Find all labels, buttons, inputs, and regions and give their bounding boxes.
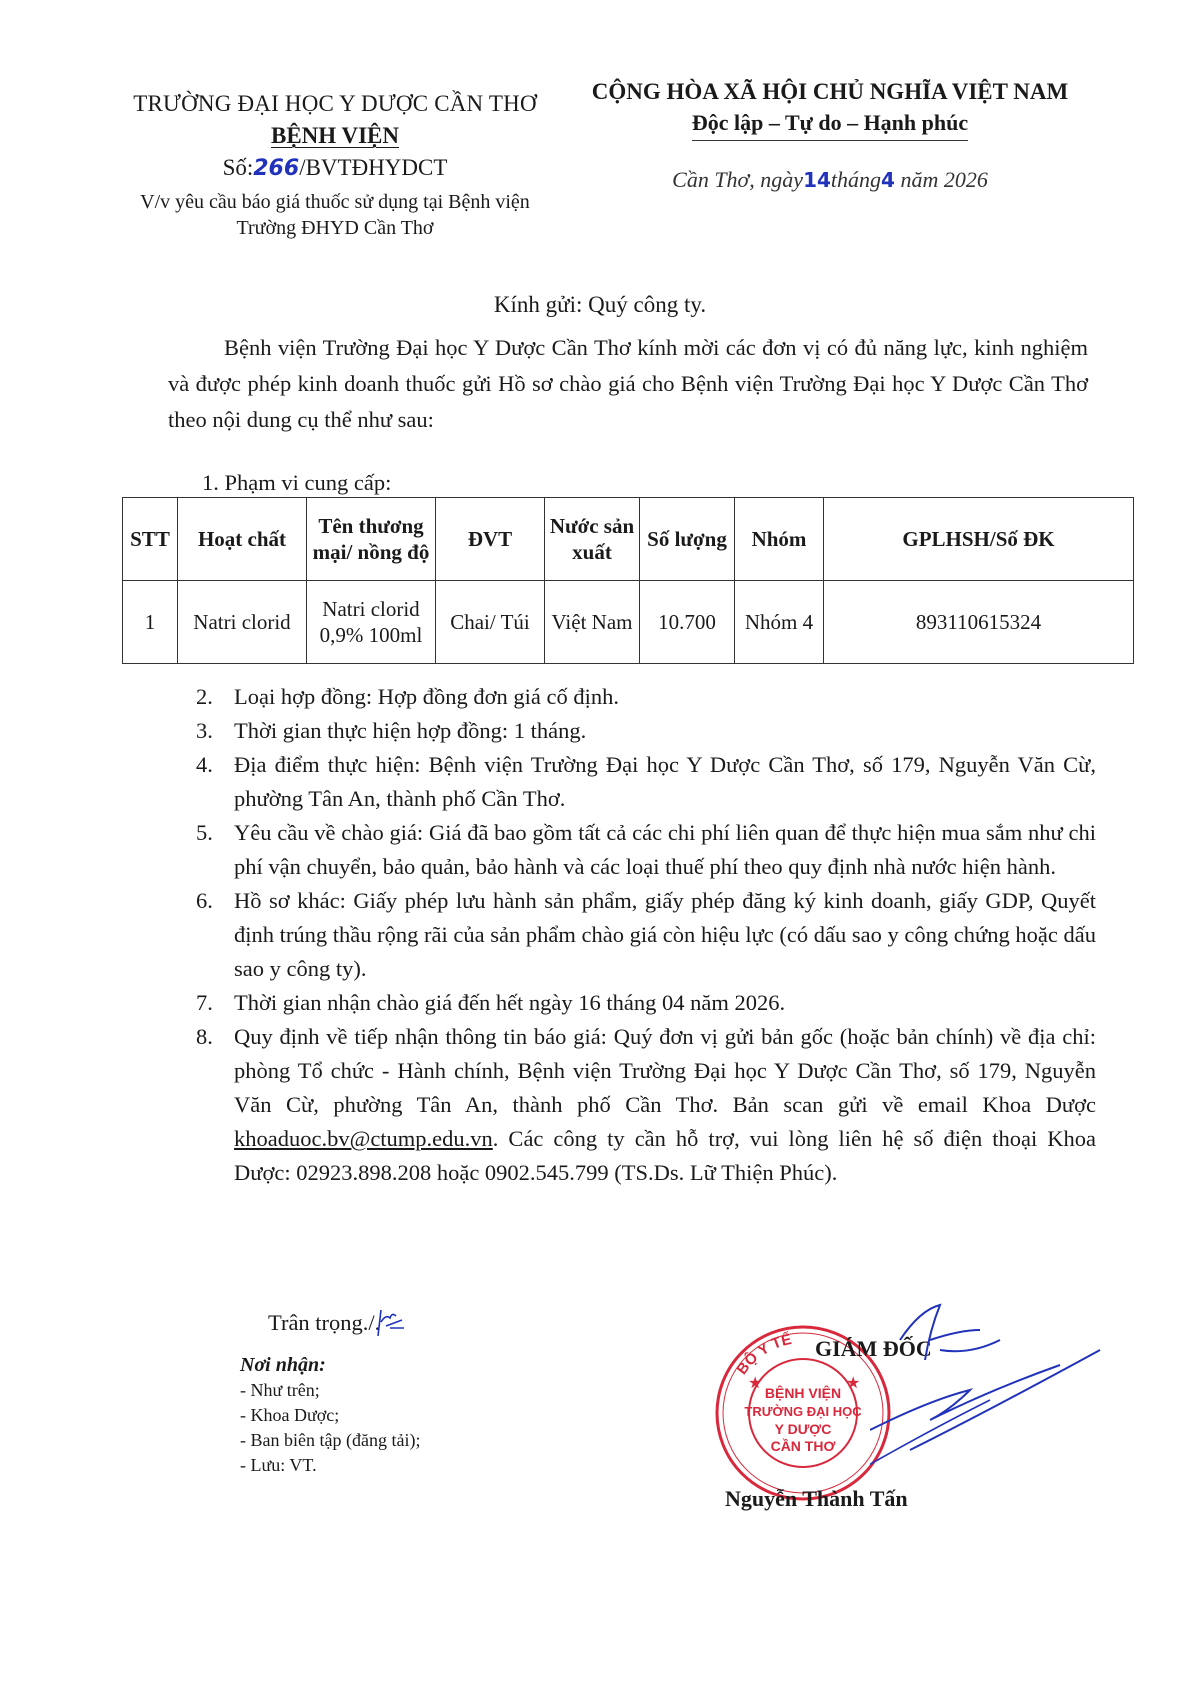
national-heading: CỘNG HÒA XÃ HỘI CHỦ NGHĨA VIỆT NAM Độc l… (560, 76, 1100, 193)
cell-active-ingredient: Natri clorid (178, 581, 307, 664)
table-header-row: STT Hoạt chất Tên thương mại/ nồng độ ĐV… (123, 498, 1134, 581)
item-text: Quy định về tiếp nhận thông tin báo giá:… (234, 1020, 1096, 1190)
cell-registration: 893110615324 (824, 581, 1134, 664)
list-item: 7.Thời gian nhận chào giá đến hết ngày 1… (196, 986, 1096, 1020)
signature-icon (870, 1300, 1140, 1480)
handwritten-number: 266 (253, 156, 299, 181)
list-item: 3.Thời gian thực hiện hợp đồng: 1 tháng. (196, 714, 1096, 748)
item-number: 8. (196, 1020, 234, 1190)
item-text: Thời gian nhận chào giá đến hết ngày 16 … (234, 986, 1096, 1020)
date-prefix: Cần Thơ, ngày (672, 167, 803, 192)
cell-country: Việt Nam (545, 581, 640, 664)
handwritten-initials-icon (372, 1300, 412, 1340)
cell-unit: Chai/ Túi (436, 581, 545, 664)
date-day: 14 (803, 168, 831, 192)
col-registration: GPLHSH/Số ĐK (824, 498, 1134, 581)
item-text: Thời gian thực hiện hợp đồng: 1 tháng. (234, 714, 1096, 748)
col-active-ingredient: Hoạt chất (178, 498, 307, 581)
document-number: Số:266/BVTĐHYDCT (110, 152, 560, 185)
item-text: Loại hợp đồng: Hợp đồng đơn giá cố định. (234, 680, 1096, 714)
cell-group: Nhóm 4 (735, 581, 824, 664)
greeting: Kính gửi: Quý công ty. (0, 292, 1200, 318)
issuer-block: TRƯỜNG ĐẠI HỌC Y DƯỢC CẦN THƠ BỆNH VIỆN … (110, 88, 560, 241)
svg-text:CẦN THƠ: CẦN THƠ (771, 1438, 836, 1454)
item-text: Yêu cầu về chào giá: Giá đã bao gồm tất … (234, 816, 1096, 884)
recipient-item: - Ban biên tập (đăng tải); (240, 1428, 420, 1453)
signer-name: Nguyễn Thành Tấn (725, 1486, 908, 1512)
intro-paragraph: Bệnh viện Trường Đại học Y Dược Cần Thơ … (168, 330, 1088, 438)
item-number: 4. (196, 748, 234, 816)
nation-name: CỘNG HÒA XÃ HỘI CHỦ NGHĨA VIỆT NAM (560, 76, 1100, 108)
col-group: Nhóm (735, 498, 824, 581)
list-item: 6.Hồ sơ khác: Giấy phép lưu hành sản phẩ… (196, 884, 1096, 986)
document-subject: V/v yêu cầu báo giá thuốc sử dụng tại Bệ… (110, 189, 560, 241)
cell-stt: 1 (123, 581, 178, 664)
item-8-text: Quy định về tiếp nhận thông tin báo giá:… (234, 1024, 1096, 1117)
table-row: 1 Natri clorid Natri clorid 0,9% 100ml C… (123, 581, 1134, 664)
col-country: Nước sản xuất (545, 498, 640, 581)
date-month-label: tháng (831, 167, 881, 192)
supply-table: STT Hoạt chất Tên thương mại/ nồng độ ĐV… (122, 497, 1134, 664)
number-prefix: Số: (223, 155, 254, 180)
department-name: BỆNH VIỆN (110, 120, 560, 152)
section-1-heading: 1. Phạm vi cung cấp: (202, 470, 391, 496)
item-number: 3. (196, 714, 234, 748)
svg-text:TRƯỜNG ĐẠI HỌC: TRƯỜNG ĐẠI HỌC (744, 1404, 862, 1419)
date-year: năm 2026 (900, 167, 987, 192)
svg-text:★: ★ (846, 1375, 860, 1392)
document-date: Cần Thơ, ngày14tháng4 năm 2026 (560, 167, 1100, 193)
date-month: 4 (881, 168, 895, 192)
col-quantity: Số lượng (640, 498, 735, 581)
email-link[interactable]: khoaduoc.bv@ctump.edu.vn (234, 1126, 493, 1151)
svg-text:★: ★ (748, 1375, 762, 1392)
list-item: 2.Loại hợp đồng: Hợp đồng đơn giá cố địn… (196, 680, 1096, 714)
recipients-label: Nơi nhận: (240, 1353, 420, 1378)
item-number: 7. (196, 986, 234, 1020)
item-number: 6. (196, 884, 234, 986)
item-number: 5. (196, 816, 234, 884)
item-text: Hồ sơ khác: Giấy phép lưu hành sản phẩm,… (234, 884, 1096, 986)
list-item: 5.Yêu cầu về chào giá: Giá đã bao gồm tấ… (196, 816, 1096, 884)
svg-text:BỆNH VIỆN: BỆNH VIỆN (765, 1384, 841, 1401)
national-motto: Độc lập – Tự do – Hạnh phúc (692, 108, 968, 141)
item-text: Địa điểm thực hiện: Bệnh viện Trường Đại… (234, 748, 1096, 816)
col-unit: ĐVT (436, 498, 545, 581)
organization-name: TRƯỜNG ĐẠI HỌC Y DƯỢC CẦN THƠ (110, 88, 560, 120)
item-number: 2. (196, 680, 234, 714)
list-item: 4.Địa điểm thực hiện: Bệnh viện Trường Đ… (196, 748, 1096, 816)
list-item: 8.Quy định về tiếp nhận thông tin báo gi… (196, 1020, 1096, 1190)
recipient-item: - Lưu: VT. (240, 1453, 420, 1478)
intro-text: Bệnh viện Trường Đại học Y Dược Cần Thơ … (168, 330, 1088, 438)
closing-phrase: Trân trọng./. (268, 1310, 380, 1336)
number-suffix: /BVTĐHYDCT (299, 155, 447, 180)
cell-quantity: 10.700 (640, 581, 735, 664)
recipient-item: - Khoa Dược; (240, 1403, 420, 1428)
recipients-block: Nơi nhận: - Như trên; - Khoa Dược; - Ban… (240, 1353, 420, 1478)
recipient-item: - Như trên; (240, 1378, 420, 1403)
terms-list: 2.Loại hợp đồng: Hợp đồng đơn giá cố địn… (196, 680, 1096, 1190)
col-trade-name: Tên thương mại/ nồng độ (307, 498, 436, 581)
svg-text:Y DƯỢC: Y DƯỢC (775, 1421, 832, 1437)
cell-trade-name: Natri clorid 0,9% 100ml (307, 581, 436, 664)
col-stt: STT (123, 498, 178, 581)
